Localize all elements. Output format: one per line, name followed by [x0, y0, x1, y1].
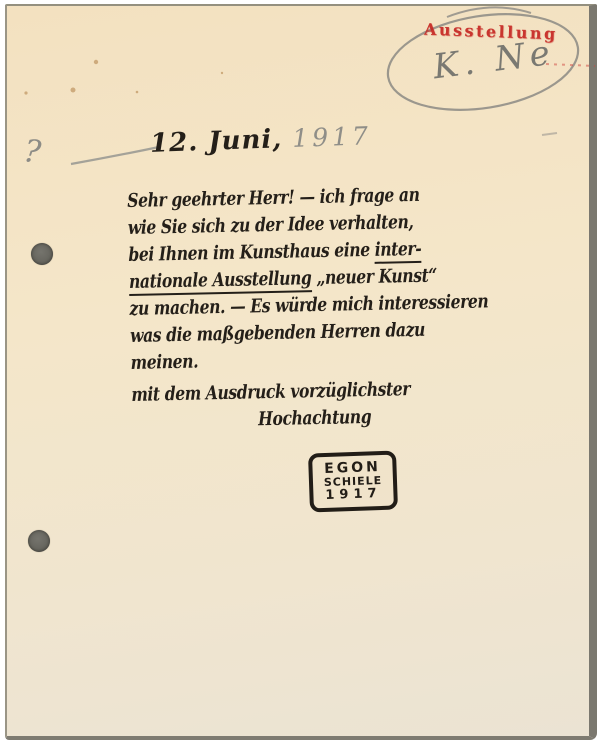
- handwritten-text: bei Ihnen im Kunsthaus eine: [128, 239, 375, 266]
- handwritten-text: zu machen. — Es würde mich interessieren: [129, 290, 488, 320]
- punch-hole-bottom: [28, 530, 50, 552]
- handwritten-text: was die maßgebenden Herren dazu: [130, 319, 425, 347]
- date-ink: 12. Juni,: [150, 124, 283, 159]
- letter-body: Sehr geehrter Herr! — ich frage anwie Si…: [127, 181, 477, 436]
- handwritten-text: Sehr geehrter Herr! — ich frage an: [127, 184, 420, 212]
- underlined-text: nationale Ausstellung: [129, 267, 312, 296]
- handwritten-text: meinen.: [130, 351, 198, 374]
- signature-stamp: EGONSCHIELE1917: [308, 450, 398, 512]
- signature-stamp-line: 1917: [325, 487, 382, 503]
- handwritten-text: wie Sie sich zu der Idee verhalten,: [128, 211, 414, 239]
- handwritten-text: „neuer Kunst“: [311, 265, 437, 290]
- letter-closing-line: Hochachtung: [258, 402, 477, 434]
- underlined-text: inter-: [374, 238, 421, 264]
- date-pencil: 1917: [292, 121, 373, 153]
- punch-hole-top: [31, 243, 53, 265]
- letter-line: meinen.: [130, 343, 475, 377]
